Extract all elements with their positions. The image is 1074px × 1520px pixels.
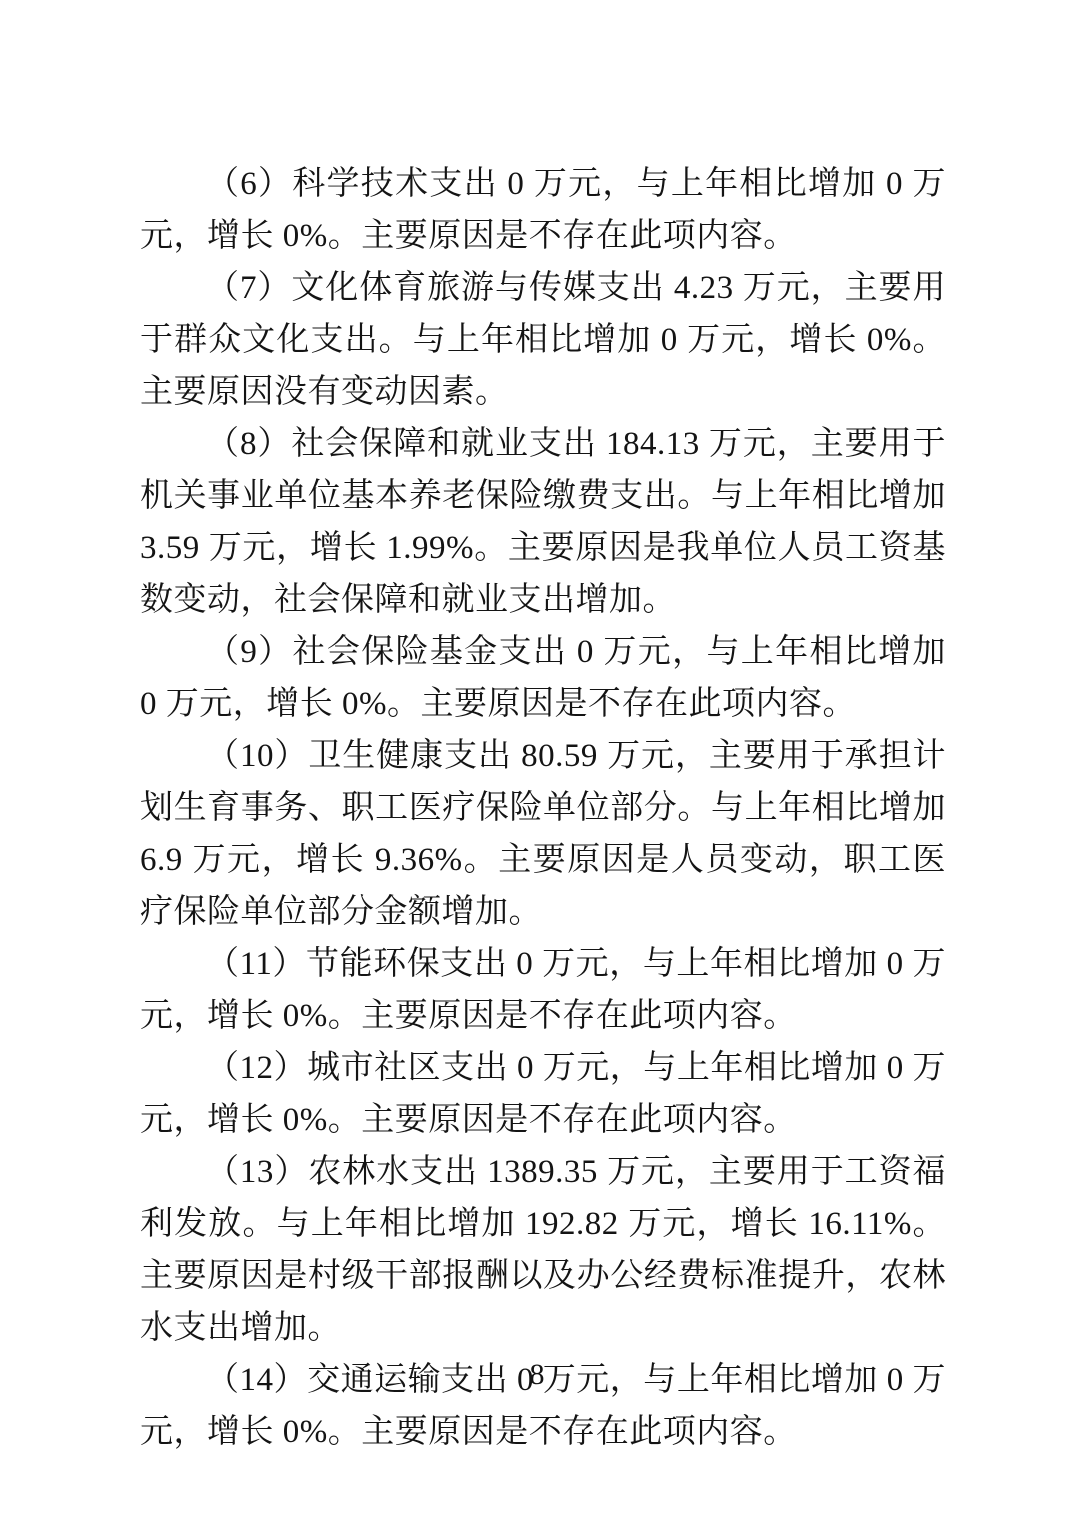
paragraph-item-7: （7）文化体育旅游与传媒支出 4.23 万元，主要用于群众文化支出。与上年相比增… [140,262,946,418]
paragraph-item-11: （11）节能环保支出 0 万元，与上年相比增加 0 万元，增长 0%。主要原因是… [140,938,946,1042]
document-page: （6）科学技术支出 0 万元，与上年相比增加 0 万元，增长 0%。主要原因是不… [0,0,1074,1520]
paragraph-item-13: （13）农林水支出 1389.35 万元，主要用于工资福利发放。与上年相比增加 … [140,1146,946,1354]
page-number: 8 [530,1358,545,1391]
paragraph-item-8: （8）社会保障和就业支出 184.13 万元，主要用于机关事业单位基本养老保险缴… [140,418,946,626]
page-footer: 8 [0,1358,1074,1392]
document-body: （6）科学技术支出 0 万元，与上年相比增加 0 万元，增长 0%。主要原因是不… [140,158,946,1458]
paragraph-item-12: （12）城市社区支出 0 万元，与上年相比增加 0 万元，增长 0%。主要原因是… [140,1042,946,1146]
paragraph-item-10: （10）卫生健康支出 80.59 万元，主要用于承担计划生育事务、职工医疗保险单… [140,730,946,938]
paragraph-item-9: （9）社会保险基金支出 0 万元，与上年相比增加 0 万元，增长 0%。主要原因… [140,626,946,730]
paragraph-item-6: （6）科学技术支出 0 万元，与上年相比增加 0 万元，增长 0%。主要原因是不… [140,158,946,262]
